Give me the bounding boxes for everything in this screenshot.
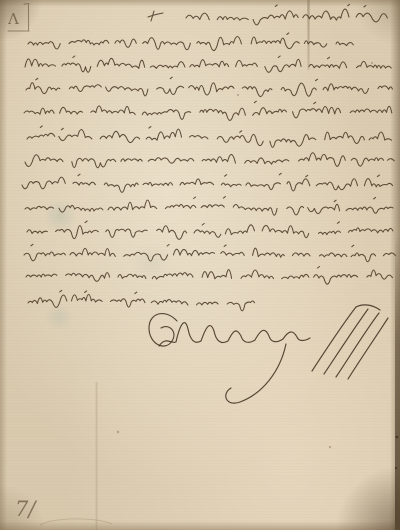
letter-scan: Λ 7/: [0, 0, 400, 530]
paper-edge-vignette: [0, 0, 400, 530]
